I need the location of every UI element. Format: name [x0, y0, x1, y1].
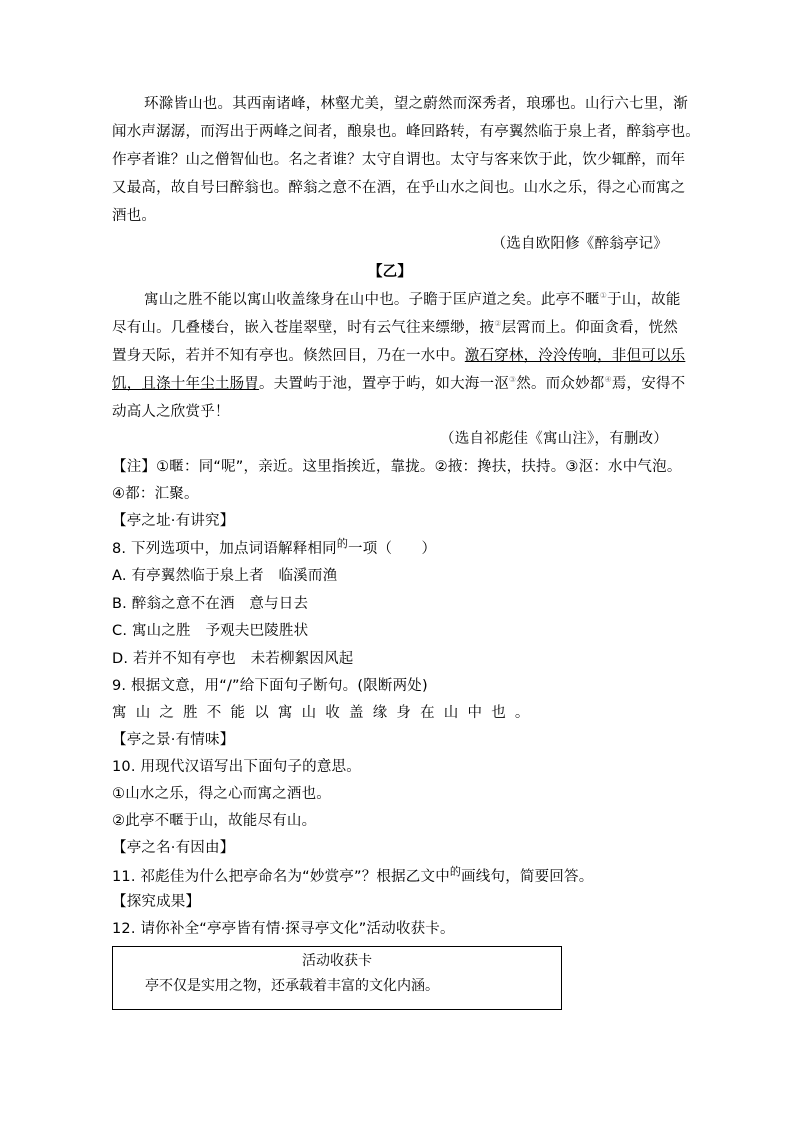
section-heading-scene: 【亭之景·有情味】 [112, 730, 682, 750]
question-11-stem: 11. 祁彪佳为什么把亭命名为“妙赏亭”？根据乙文中的画线句，简要回答。 [112, 867, 682, 887]
question-text: 画线句，简要回答。 [461, 869, 593, 885]
activity-card: 活动收获卡 亭不仅是实用之物，还承载着丰富的文化内涵。 [112, 946, 562, 1010]
activity-card-body: 亭不仅是实用之物，还承载着丰富的文化内涵。 [145, 977, 439, 995]
passage-a-line: 又最高，故自号曰醉翁也。醉翁之意不在酒，在乎山水之间也。山水之乐，得之心而寓之 [112, 178, 682, 198]
annotation-line: 【注】①暱：同“呢”，亲近。这里指挨近，靠拢。②掖：搀扶，扶持。③沤：水中气泡。 [112, 457, 682, 477]
passage-b-text: 于山，故能 [607, 292, 681, 308]
section-heading-site: 【亭之址·有讲究】 [112, 511, 682, 531]
passage-b-line: 动高人之欣赏乎！ [112, 402, 682, 422]
question-12-stem: 12. 请你补全“亭亭皆有情·探寻亭文化”活动收获卡。 [112, 919, 682, 939]
annotation-line: ④都：汇聚。 [112, 484, 682, 504]
activity-card-title: 活动收获卡 [113, 952, 561, 970]
passage-b-line: 尽有山。几叠楼台，嵌入苍崖翠壁，时有云气往来缥缈，掖②层霄而上。仰面贪看，恍然 [112, 318, 682, 338]
question-text: 的 [450, 865, 461, 878]
question-text: 一项（ ） [348, 541, 436, 557]
passage-b-line: 寓山之胜不能以寓山收盖缘身在山中也。子瞻于匡庐道之矣。此亭不暱①于山，故能 [112, 290, 714, 310]
question-text: 的 [337, 537, 348, 550]
section-heading-result: 【探究成果】 [112, 892, 682, 912]
question-text: 11. 祁彪佳为什么把亭命名为“妙赏亭”？根据乙文中 [112, 869, 450, 885]
passage-b-text: 。夫置屿于池，置亭于屿，如大海一沤 [259, 376, 509, 392]
passage-b-text: 焉，安得不 [612, 376, 686, 392]
passage-a-line: 闻水声潺潺，而泻出于两峰之间者，酿泉也。峰回路转，有亭翼然临于泉上者，醉翁亭也。 [112, 122, 682, 142]
passage-b-line: 饥，且涤十年尘土肠胃。夫置屿于池，置亭于屿，如大海一沤③然。而众妙都④焉，安得不 [112, 374, 682, 394]
note-marker: ④ [604, 375, 611, 384]
question-10-stem: 10. 用现代汉语写出下面句子的意思。 [112, 757, 682, 777]
section-heading-name: 【亭之名·有因由】 [112, 838, 682, 858]
underlined-sentence: 饥，且涤十年尘土肠胃 [112, 376, 259, 392]
passage-b-text: 置身天际，若并不知有亭也。倏然回目，乃在一水中。 [112, 348, 465, 364]
passage-a-line: 酒也。 [112, 206, 682, 226]
passage-b-text: 然。而众妙都 [516, 376, 604, 392]
question-9-stem: 9. 根据文意，用“/”给下面句子断句。(限断两处) [112, 676, 682, 696]
underlined-sentence: 激石穿林，泠泠传响，非但可以乐 [465, 348, 686, 364]
note-marker: ② [494, 319, 501, 328]
question-10-item: ②此亭不暱于山，故能尽有山。 [112, 811, 682, 831]
passage-b-heading: 【乙】 [112, 262, 668, 282]
question-8-option-c: C. 寓山之胜 予观夫巴陵胜状 [112, 621, 682, 641]
passage-a-source: （选自欧阳修《醉翁亭记》 [112, 234, 668, 254]
question-8-option-a: A. 有亭翼然临于泉上者 临溪而渔 [112, 566, 682, 586]
question-text: 8. 下列选项中，加点词语解释相同 [112, 541, 337, 557]
question-10-item: ①山水之乐，得之心而寓之酒也。 [112, 784, 682, 804]
passage-b-text: 寓山之胜不能以寓山收盖缘身在山中也。子瞻于匡庐道之矣。此亭不暱 [144, 292, 600, 308]
passage-a-line: 环滁皆山也。其西南诸峰，林壑尤美，望之蔚然而深秀者，琅琊也。山行六七里，渐 [112, 94, 714, 114]
passage-b-text: 层霄而上。仰面贪看，恍然 [502, 320, 678, 336]
question-8-stem: 8. 下列选项中，加点词语解释相同的一项（ ） [112, 539, 682, 559]
passage-b-line: 置身天际，若并不知有亭也。倏然回目，乃在一水中。激石穿林，泠泠传响，非但可以乐 [112, 346, 682, 366]
note-marker: ① [600, 291, 607, 300]
passage-b-source: （选自祁彪佳《寓山注》，有删改） [112, 429, 668, 449]
passage-a-line: 作亭者谁？山之僧智仙也。名之者谁？太守自谓也。太守与客来饮于此，饮少辄醉，而年 [112, 150, 682, 170]
question-8-option-b: B. 醉翁之意不在酒 意与日去 [112, 594, 682, 614]
question-9-sentence: 寓山之胜不能以寓山收盖缘身在山中也。 [112, 703, 682, 723]
passage-b-text: 尽有山。几叠楼台，嵌入苍崖翠壁，时有云气往来缥缈，掖 [112, 320, 494, 336]
question-8-option-d: D. 若并不知有亭也 未若柳絮因风起 [112, 649, 682, 669]
